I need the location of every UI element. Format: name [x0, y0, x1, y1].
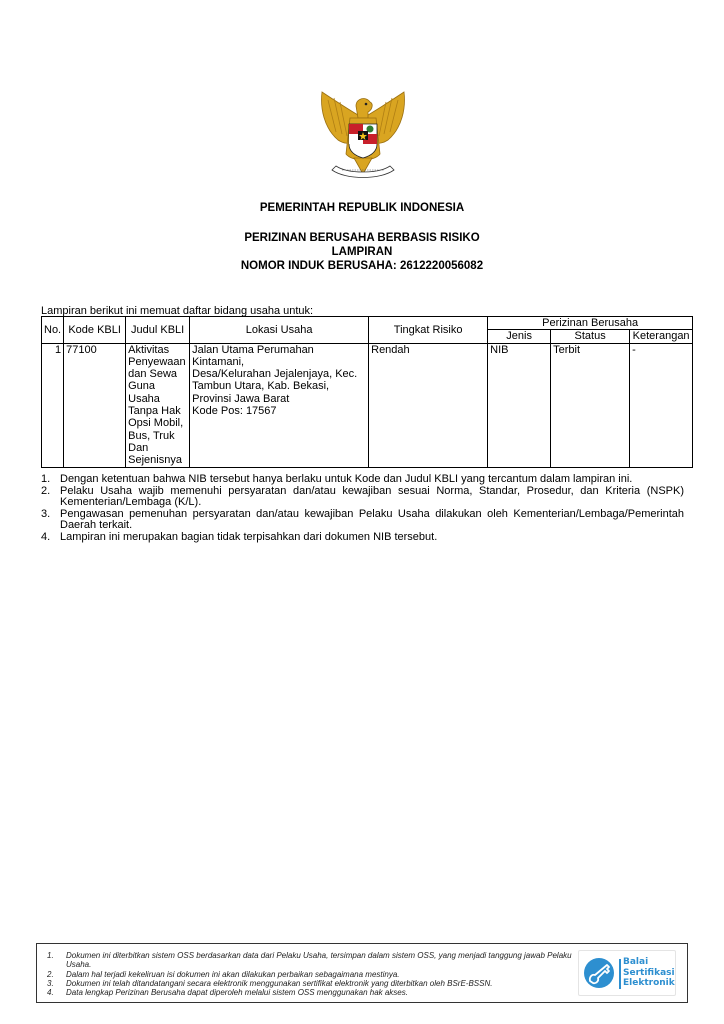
lokasi-line: Kode Pos: 17567	[192, 405, 366, 417]
note-item: 4.Lampiran ini merupakan bagian tidak te…	[41, 532, 684, 544]
document-title-block: PERIZINAN BERUSAHA BERBASIS RISIKO LAMPI…	[0, 231, 724, 273]
cell-judul-kbli: Aktivitas Penyewaan dan Sewa Guna Usaha …	[126, 343, 190, 467]
note-text: Pengawasan pemenuhan persyaratan dan/ata…	[60, 509, 684, 532]
cell-tingkat-risiko: Rendah	[369, 343, 488, 467]
footer-note-number: 2.	[47, 970, 66, 979]
judul-line: Dan	[128, 442, 187, 454]
footer-note-text: Data lengkap Perizinan Berusaha dapat di…	[66, 988, 408, 997]
garuda-emblem-icon	[316, 88, 410, 184]
judul-line: Guna Usaha	[128, 380, 187, 405]
government-heading: PEMERINTAH REPUBLIK INDONESIA	[0, 201, 724, 215]
col-header-no: No.	[42, 317, 64, 344]
note-item: 1.Dengan ketentuan bahwa NIB tersebut ha…	[41, 474, 684, 486]
document-title: PERIZINAN BERUSAHA BERBASIS RISIKO	[0, 231, 724, 245]
bsre-line-1: Balai	[623, 957, 675, 968]
judul-line: Tanpa Hak	[128, 405, 187, 417]
judul-line: Aktivitas	[128, 344, 187, 356]
business-field-table: No. Kode KBLI Judul KBLI Lokasi Usaha Ti…	[41, 316, 693, 468]
bsre-logo-text: Balai Sertifikasi Elektronik	[623, 957, 675, 989]
note-item: 3.Pengawasan pemenuhan persyaratan dan/a…	[41, 509, 684, 532]
judul-line: Penyewaan	[128, 356, 187, 368]
lokasi-line: Tambun Utara, Kab. Bekasi,	[192, 380, 366, 392]
col-header-tingkat-risiko: Tingkat Risiko	[369, 317, 488, 344]
bsre-divider	[619, 959, 621, 989]
note-number: 4.	[41, 532, 60, 544]
note-item: 2.Pelaku Usaha wajib memenuhi persyarata…	[41, 486, 684, 509]
judul-line: dan Sewa	[128, 368, 187, 380]
footer-note-item: 2.Dalam hal terjadi kekeliruan isi dokum…	[47, 970, 577, 979]
footer-note-text: Dalam hal terjadi kekeliruan isi dokumen…	[66, 970, 400, 979]
footer-note-number: 4.	[47, 988, 66, 997]
col-header-status: Status	[551, 330, 630, 343]
cell-lokasi: Jalan Utama Perumahan Kintamani, Desa/Ke…	[190, 343, 369, 467]
note-number: 1.	[41, 474, 60, 486]
lokasi-line: Jalan Utama Perumahan Kintamani,	[192, 344, 366, 369]
table-row: 1 77100 Aktivitas Penyewaan dan Sewa Gun…	[42, 343, 693, 467]
footer-note-item: 4.Data lengkap Perizinan Berusaha dapat …	[47, 988, 577, 997]
footer-note-number: 1.	[47, 951, 66, 970]
cell-status: Terbit	[551, 343, 630, 467]
document-subtitle: LAMPIRAN	[0, 245, 724, 259]
footer-note-text: Dokumen ini diterbitkan sistem OSS berda…	[66, 951, 577, 970]
cell-jenis: NIB	[488, 343, 551, 467]
note-text: Pelaku Usaha wajib memenuhi persyaratan …	[60, 486, 684, 509]
footer-disclaimer-box: 1.Dokumen ini diterbitkan sistem OSS ber…	[36, 943, 688, 1003]
judul-line: Sejenisnya	[128, 454, 187, 466]
nib-number: NOMOR INDUK BERUSAHA: 2612220056082	[0, 259, 724, 273]
notes-list: 1.Dengan ketentuan bahwa NIB tersebut ha…	[41, 474, 684, 543]
note-number: 2.	[41, 486, 60, 509]
bsre-logo: Balai Sertifikasi Elektronik	[578, 950, 676, 996]
col-header-kode-kbli: Kode KBLI	[64, 317, 126, 344]
footer-note-text: Dokumen ini telah ditandatangani secara …	[66, 979, 492, 988]
note-text: Dengan ketentuan bahwa NIB tersebut hany…	[60, 474, 684, 486]
cell-keterangan: -	[630, 343, 693, 467]
col-header-keterangan: Keterangan	[630, 330, 693, 343]
col-header-jenis: Jenis	[488, 330, 551, 343]
col-header-judul-kbli: Judul KBLI	[126, 317, 190, 344]
col-header-lokasi: Lokasi Usaha	[190, 317, 369, 344]
judul-line: Opsi Mobil,	[128, 417, 187, 429]
lokasi-line: Provinsi Jawa Barat	[192, 393, 366, 405]
col-header-perizinan-berusaha: Perizinan Berusaha	[488, 317, 693, 330]
bsre-key-icon	[583, 957, 615, 989]
footer-note-item: 1.Dokumen ini diterbitkan sistem OSS ber…	[47, 951, 577, 970]
cell-kode-kbli: 77100	[64, 343, 126, 467]
note-number: 3.	[41, 509, 60, 532]
cell-no: 1	[42, 343, 64, 467]
footer-note-item: 3.Dokumen ini telah ditandatangani secar…	[47, 979, 577, 988]
bsre-line-2: Sertifikasi	[623, 968, 675, 979]
footer-note-number: 3.	[47, 979, 66, 988]
judul-line: Bus, Truk	[128, 430, 187, 442]
bsre-line-3: Elektronik	[623, 978, 675, 989]
lokasi-line: Desa/Kelurahan Jejalenjaya, Kec.	[192, 368, 366, 380]
note-text: Lampiran ini merupakan bagian tidak terp…	[60, 532, 684, 544]
footer-notes-list: 1.Dokumen ini diterbitkan sistem OSS ber…	[47, 951, 577, 997]
